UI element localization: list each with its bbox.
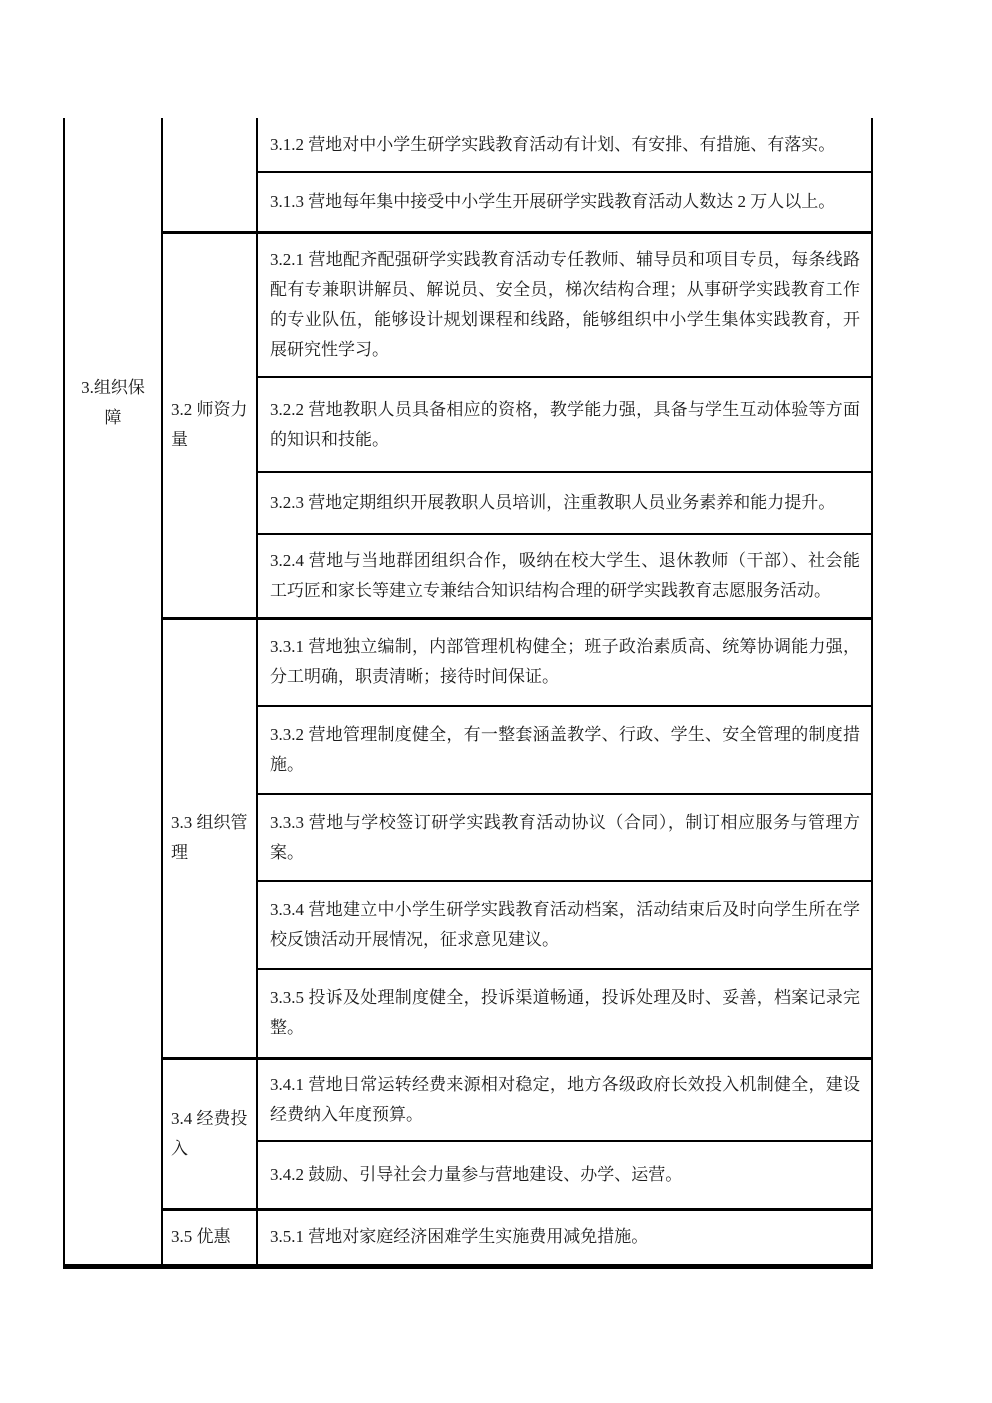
subcategory-cell-3-5: 3.5 优惠 — [162, 1209, 257, 1266]
criteria-cell-3-2-3: 3.2.3 营地定期组织开展教职人员培训，注重教职人员业务素养和能力提升。 — [257, 472, 872, 534]
criteria-cell-3-3-1: 3.3.1 营地独立编制，内部管理机构健全；班子政治素质高、统筹协调能力强，分工… — [257, 618, 872, 706]
criteria-cell-3-4-2: 3.4.2 鼓励、引导社会力量参与营地建设、办学、运营。 — [257, 1141, 872, 1209]
subcategory-label-3-4: 3.4 经费投入 — [171, 1109, 248, 1158]
subcategory-label-3-3: 3.3 组织管理 — [171, 813, 248, 862]
subcategory-label-3-5: 3.5 优惠 — [171, 1227, 231, 1246]
criteria-cell-3-1-2: 3.1.2 营地对中小学生研学实践教育活动有计划、有安排、有措施、有落实。 — [257, 118, 872, 172]
document-page: 3.组织保障 3.1.2 营地对中小学生研学实践教育活动有计划、有安排、有措施、… — [0, 0, 992, 1403]
criteria-cell-3-3-5: 3.3.5 投诉及处理制度健全，投诉渠道畅通，投诉处理及时、妥善，档案记录完整。 — [257, 969, 872, 1058]
criteria-cell-3-3-3: 3.3.3 营地与学校签订研学实践教育活动协议（合同），制订相应服务与管理方案。 — [257, 794, 872, 881]
criteria-cell-3-2-2: 3.2.2 营地教职人员具备相应的资格，教学能力强，具备与学生互动体验等方面的知… — [257, 377, 872, 472]
subcategory-cell-3-1 — [162, 118, 257, 232]
subcategory-cell-3-4: 3.4 经费投入 — [162, 1058, 257, 1209]
criteria-cell-3-1-3: 3.1.3 营地每年集中接受中小学生开展研学实践教育活动人数达 2 万人以上。 — [257, 172, 872, 232]
evaluation-criteria-table: 3.组织保障 3.1.2 营地对中小学生研学实践教育活动有计划、有安排、有措施、… — [63, 118, 873, 1269]
subcategory-label-3-2: 3.2 师资力量 — [171, 400, 248, 449]
criteria-cell-3-4-1: 3.4.1 营地日常运转经费来源相对稳定，地方各级政府长效投入机制健全，建设经费… — [257, 1058, 872, 1141]
criteria-cell-3-2-4: 3.2.4 营地与当地群团组织合作，吸纳在校大学生、退休教师（干部）、社会能工巧… — [257, 534, 872, 618]
criteria-cell-3-3-2: 3.3.2 营地管理制度健全，有一整套涵盖教学、行政、学生、安全管理的制度措施。 — [257, 706, 872, 794]
category-cell-organization-support: 3.组织保障 — [64, 118, 162, 1266]
criteria-cell-3-2-1: 3.2.1 营地配齐配强研学实践教育活动专任教师、辅导员和项目专员，每条线路配有… — [257, 232, 872, 377]
subcategory-cell-3-2: 3.2 师资力量 — [162, 232, 257, 618]
subcategory-cell-3-3: 3.3 组织管理 — [162, 618, 257, 1058]
criteria-cell-3-3-4: 3.3.4 营地建立中小学生研学实践教育活动档案，活动结束后及时向学生所在学校反… — [257, 881, 872, 969]
category-label: 3.组织保障 — [81, 378, 145, 427]
criteria-cell-3-5-1: 3.5.1 营地对家庭经济困难学生实施费用减免措施。 — [257, 1209, 872, 1266]
